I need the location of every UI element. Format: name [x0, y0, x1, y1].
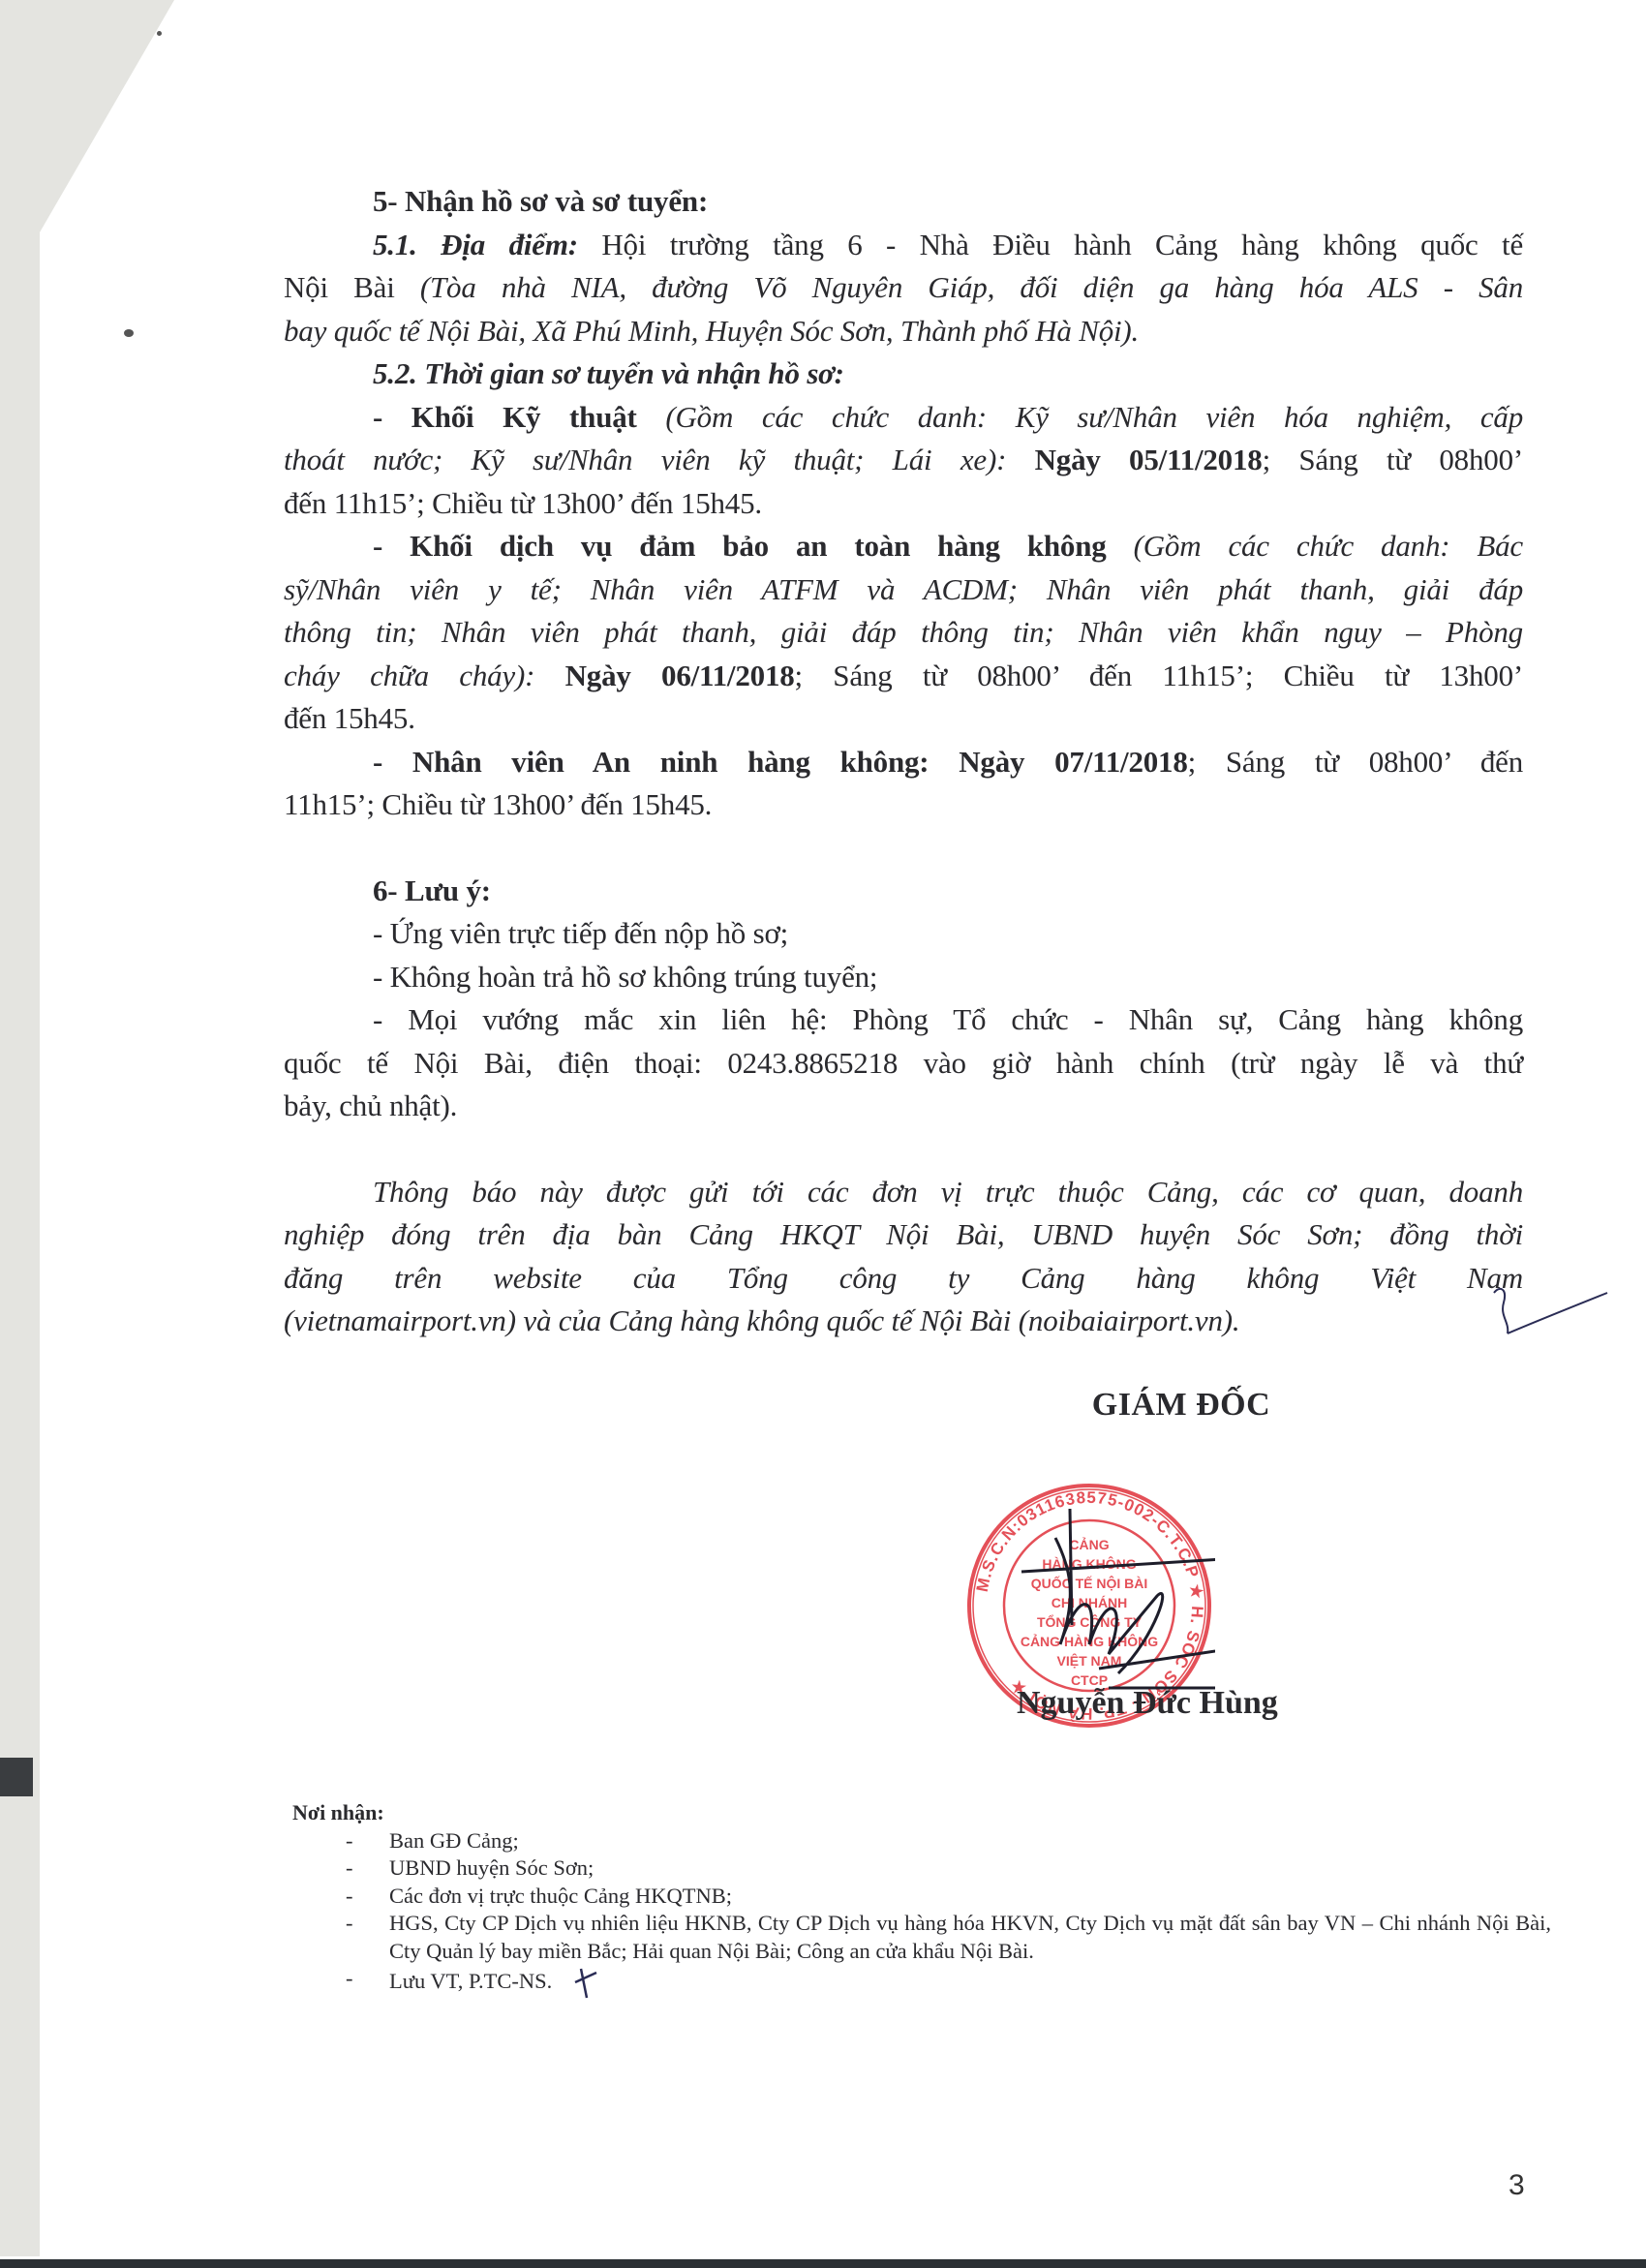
- section-6-heading: 6- Lưu ý:: [284, 870, 1523, 913]
- recipients-list: -Ban GĐ Cảng; -UBND huyện Sóc Sơn; -Các …: [292, 1827, 1551, 2001]
- signature-title-block: GIÁM ĐỐC: [1007, 1387, 1356, 1424]
- svg-text:CẢNG: CẢNG: [1069, 1537, 1109, 1552]
- page-number: 3: [1509, 2169, 1525, 2202]
- note-contact-line3: bảy, chủ nhật).: [284, 1085, 1523, 1128]
- dichvu-line1: - Khối dịch vụ đảm bảo an toàn hàng khôn…: [284, 525, 1523, 568]
- scan-edge-shadow: [0, 1758, 33, 1796]
- section-5-1-line3: bay quốc tế Nội Bài, Xã Phú Minh, Huyện …: [284, 310, 1523, 353]
- dichvu-line3: thông tin; Nhân viên phát thanh, giải đá…: [284, 611, 1523, 655]
- recipients-heading: Nơi nhận:: [292, 1799, 1551, 1827]
- notice-line4: (vietnamairport.vn) và của Cảng hàng khô…: [284, 1300, 1523, 1343]
- signer-name: Nguyễn Đức Hùng: [1017, 1685, 1278, 1722]
- section-5-1-line2: Nội Bài (Tòa nhà NIA, đường Võ Nguyên Gi…: [284, 266, 1523, 310]
- dichvu-line5: đến 15h45.: [284, 697, 1523, 741]
- note-item: - Không hoàn trả hồ sơ không trúng tuyển…: [284, 956, 1523, 999]
- signature-title: GIÁM ĐỐC: [1007, 1387, 1356, 1424]
- recipient-item: -Ban GĐ Cảng;: [292, 1827, 1551, 1855]
- dichvu-line4: cháy chữa cháy): Ngày 06/11/2018; Sáng t…: [284, 655, 1523, 698]
- note-item: - Ứng viên trực tiếp đến nộp hồ sơ;: [284, 912, 1523, 956]
- section-5-2-heading: 5.2. Thời gian sơ tuyển và nhận hồ sơ:: [284, 352, 1523, 396]
- svg-text:QUỐC TẾ NỘI BÀI: QUỐC TẾ NỘI BÀI: [1031, 1575, 1148, 1591]
- document-body: 5- Nhận hồ sơ và sơ tuyển: 5.1. Địa điểm…: [284, 180, 1523, 1343]
- anninh-line1: - Nhân viên An ninh hàng không: Ngày 07/…: [284, 741, 1523, 784]
- recipient-item: -Lưu VT, P.TC-NS.: [292, 1965, 1551, 2000]
- dichvu-line2: sỹ/Nhân viên y tế; Nhân viên ATFM và ACD…: [284, 568, 1523, 612]
- section-5-1-line1: 5.1. Địa điểm: Hội trường tầng 6 - Nhà Đ…: [284, 224, 1523, 267]
- scan-speck: [157, 31, 162, 36]
- section-5-heading: 5- Nhận hồ sơ và sơ tuyển:: [284, 180, 1523, 224]
- scan-speck: [124, 329, 134, 337]
- note-contact-line2: quốc tế Nội Bài, điện thoại: 0243.886521…: [284, 1042, 1523, 1086]
- recipient-item: -HGS, Cty CP Dịch vụ nhiên liệu HKNB, Ct…: [292, 1910, 1551, 1965]
- scan-left-margin: [0, 0, 40, 2256]
- anninh-line2: 11h15’; Chiều từ 13h00’ đến 15h45.: [284, 783, 1523, 827]
- notice-line2: nghiệp đóng trên địa bàn Cảng HKQT Nội B…: [284, 1213, 1523, 1257]
- recipient-item: -UBND huyện Sóc Sơn;: [292, 1854, 1551, 1883]
- initial-mark-icon: [571, 1965, 600, 2000]
- note-item: - Mọi vướng mắc xin liên hệ: Phòng Tổ ch…: [284, 998, 1523, 1042]
- scan-folded-corner: [0, 0, 174, 232]
- kythuat-line2: thoát nước; Kỹ sư/Nhân viên kỹ thuật; Lá…: [284, 439, 1523, 482]
- svg-text:TỔNG CÔNG TY: TỔNG CÔNG TY: [1037, 1613, 1143, 1630]
- initial-checkmark-icon: [1486, 1283, 1612, 1341]
- scan-bottom-edge: [0, 2259, 1646, 2268]
- recipient-item: -Các đơn vị trực thuộc Cảng HKQTNB;: [292, 1883, 1551, 1911]
- notice-line3: đăng trên website của Tổng công ty Cảng …: [284, 1257, 1523, 1301]
- kythuat-line3: đến 11h15’; Chiều từ 13h00’ đến 15h45.: [284, 482, 1523, 526]
- kythuat-line1: - Khối Kỹ thuật (Gồm các chức danh: Kỹ s…: [284, 396, 1523, 440]
- recipients-block: Nơi nhận: -Ban GĐ Cảng; -UBND huyện Sóc …: [292, 1799, 1551, 2000]
- notice-line1: Thông báo này được gửi tới các đơn vị tr…: [284, 1171, 1523, 1214]
